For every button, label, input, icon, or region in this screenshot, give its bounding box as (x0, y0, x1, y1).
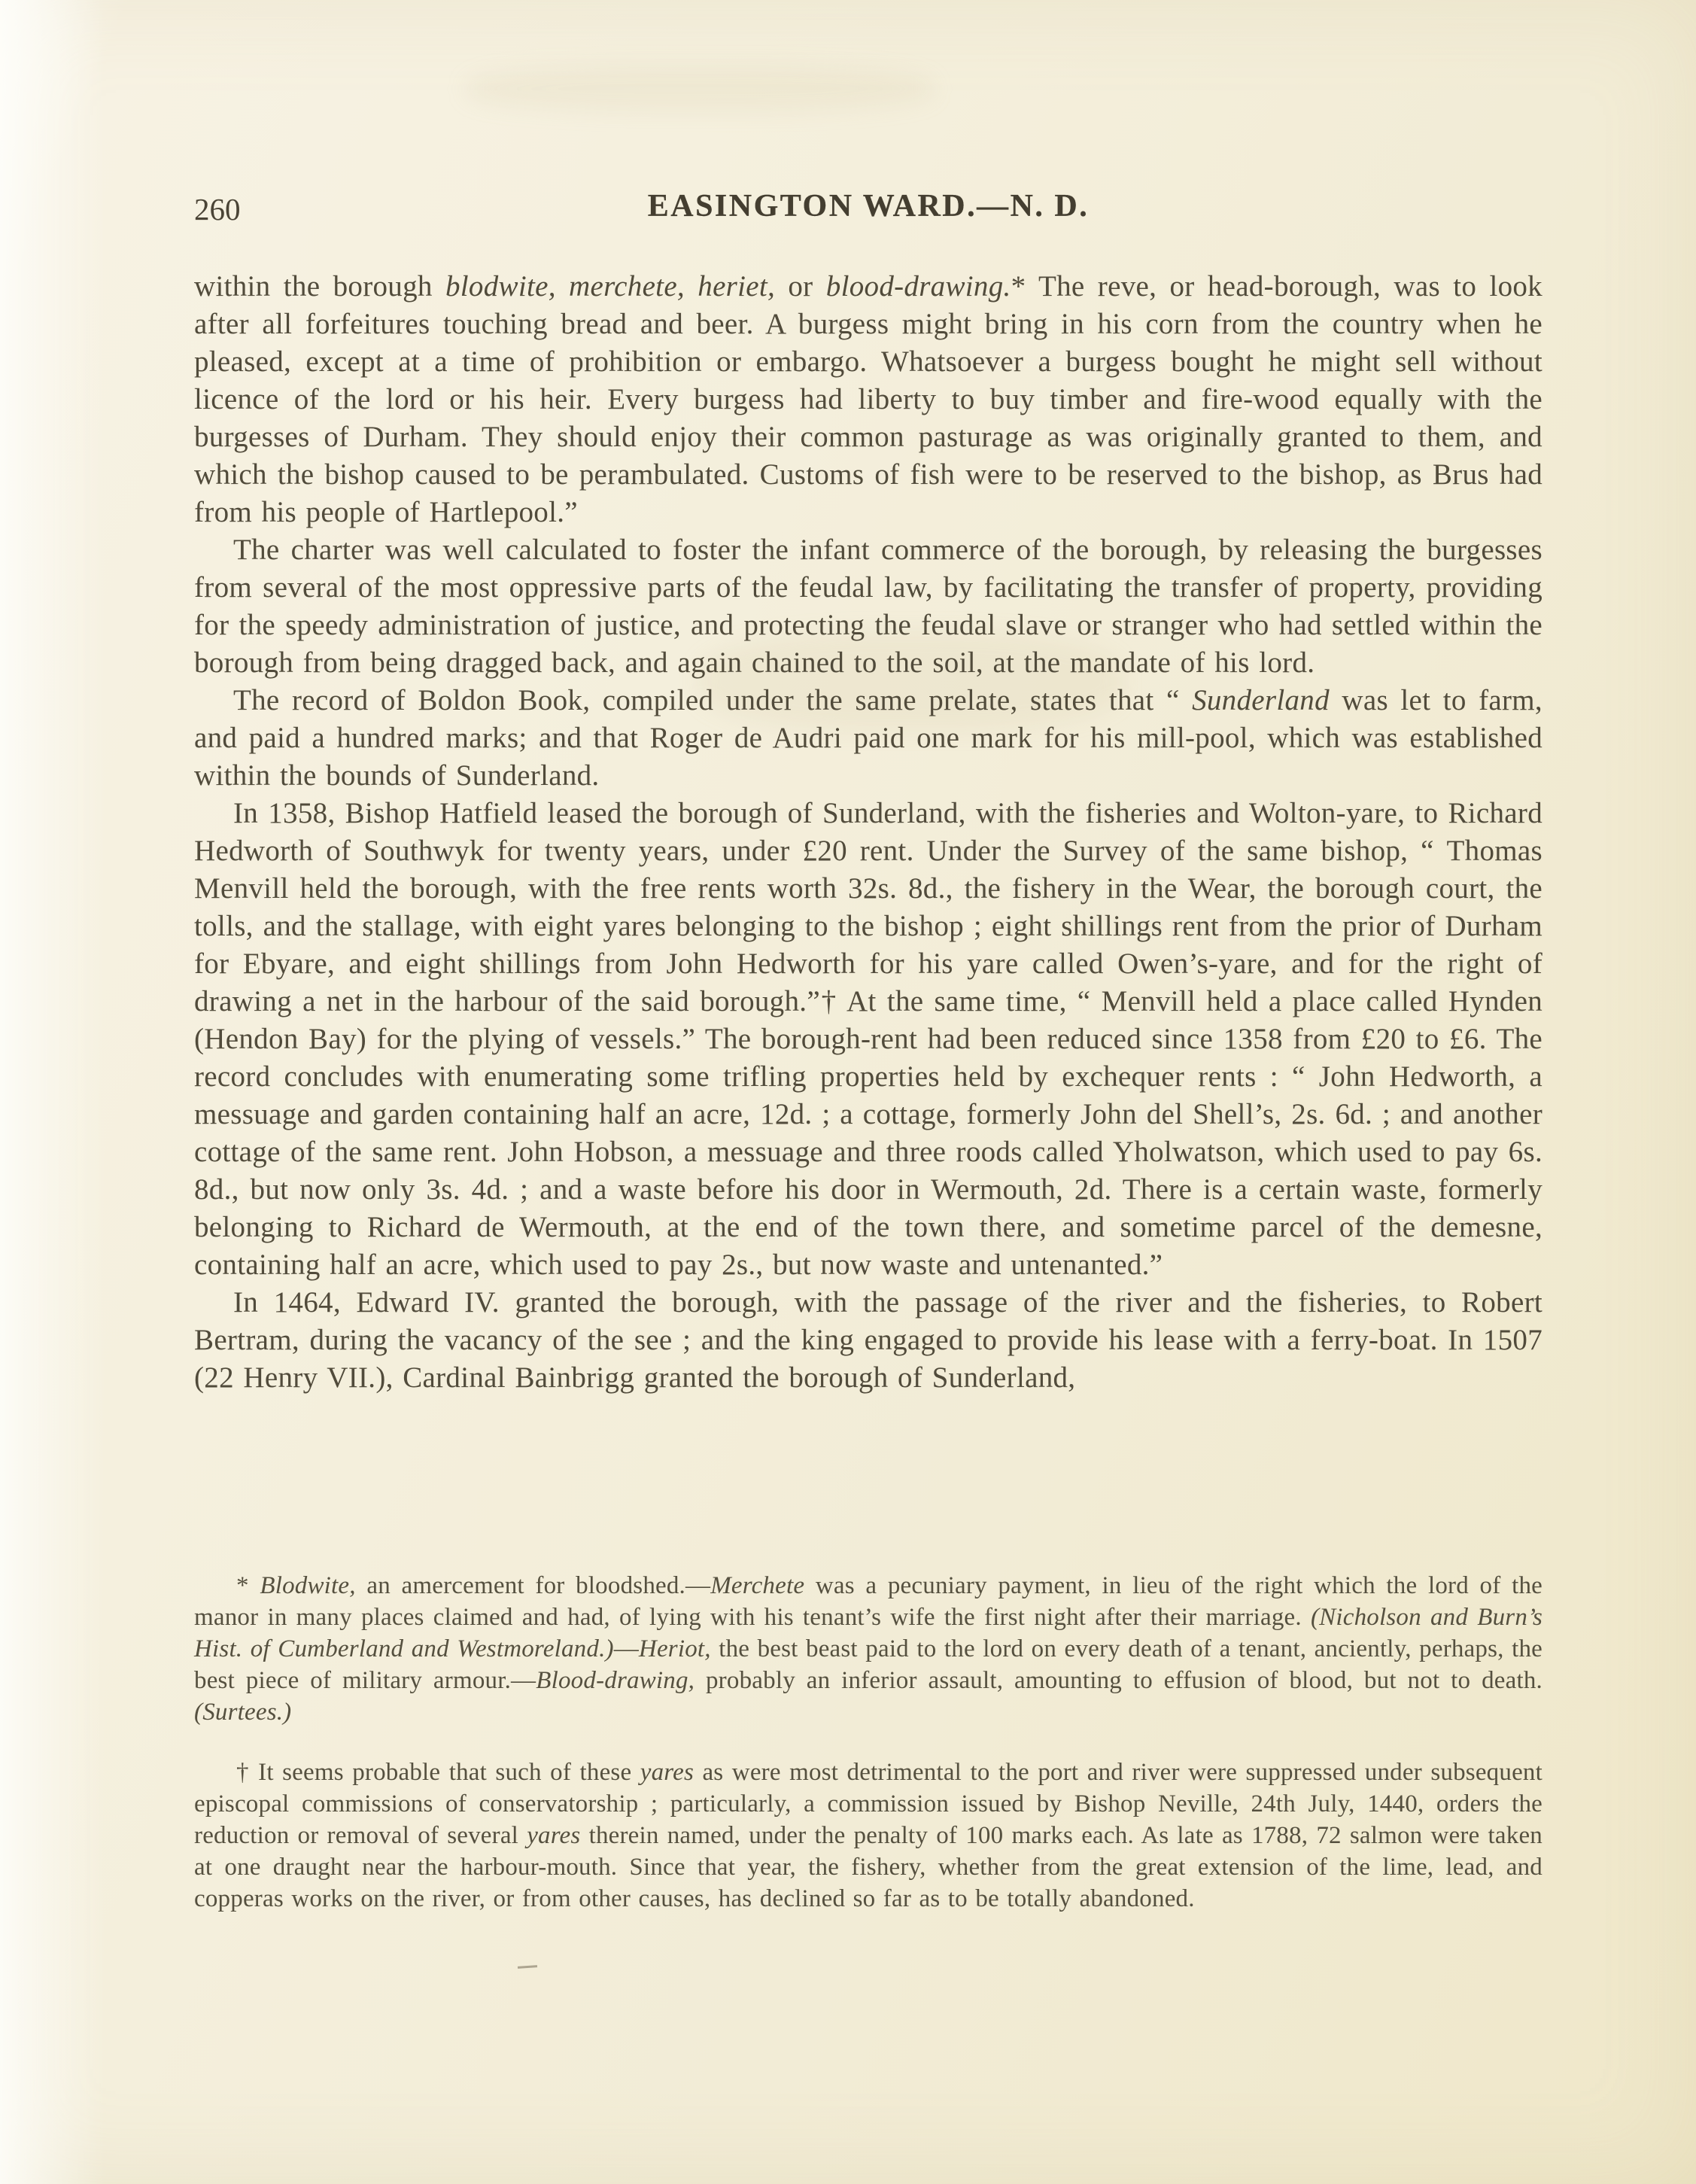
pencil-mark (518, 1965, 537, 1969)
page-stain (467, 66, 933, 111)
page-number: 260 (194, 191, 241, 227)
footnote-1: * Blodwite, an amercement for bloodshed.… (194, 1570, 1543, 1728)
book-page: 260 EASINGTON WARD.—N. D. within the bor… (0, 0, 1696, 2184)
running-title: EASINGTON WARD.—N. D. (194, 188, 1543, 224)
footnote-2: † It seems probable that such of these y… (194, 1757, 1543, 1915)
paragraph-3: The record of Boldon Book, compiled unde… (194, 682, 1543, 795)
page-header: 260 EASINGTON WARD.—N. D. (194, 188, 1543, 230)
paragraph-5: In 1464, Edward IV. granted the borough,… (194, 1284, 1543, 1397)
paragraph-1: within the borough blodwite, merchete, h… (194, 268, 1543, 531)
page-gutter-highlight (0, 0, 105, 2184)
paragraph-2: The charter was well calculated to foste… (194, 531, 1543, 682)
main-text: within the borough blodwite, merchete, h… (194, 268, 1543, 1397)
footnotes: * Blodwite, an amercement for bloodshed.… (194, 1570, 1543, 1915)
paragraph-4: In 1358, Bishop Hatfield leased the boro… (194, 795, 1543, 1284)
